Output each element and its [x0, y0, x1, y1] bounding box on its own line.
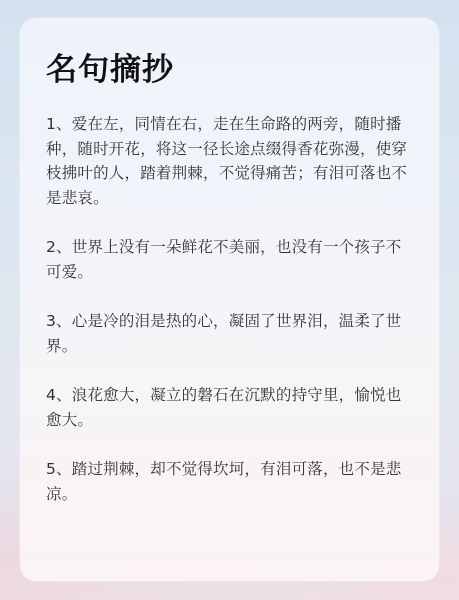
quote-item-3: 3、心是冷的泪是热的心，凝固了世界泪，温柔了世界。	[46, 309, 413, 358]
page-title: 名句摘抄	[46, 50, 413, 90]
quote-item-1: 1、爱在左，同情在右，走在生命路的两旁，随时播种，随时开花，将这一径长途点缀得香…	[46, 112, 413, 210]
quote-card: 名句摘抄 1、爱在左，同情在右，走在生命路的两旁，随时播种，随时开花，将这一径长…	[20, 18, 439, 581]
quote-item-5: 5、踏过荆棘，却不觉得坎坷，有泪可落，也不是悲凉。	[46, 457, 413, 506]
quote-item-2: 2、世界上没有一朵鲜花不美丽，也没有一个孩子不可爱。	[46, 235, 413, 284]
quote-item-4: 4、浪花愈大，凝立的磐石在沉默的持守里，愉悦也愈大。	[46, 383, 413, 432]
